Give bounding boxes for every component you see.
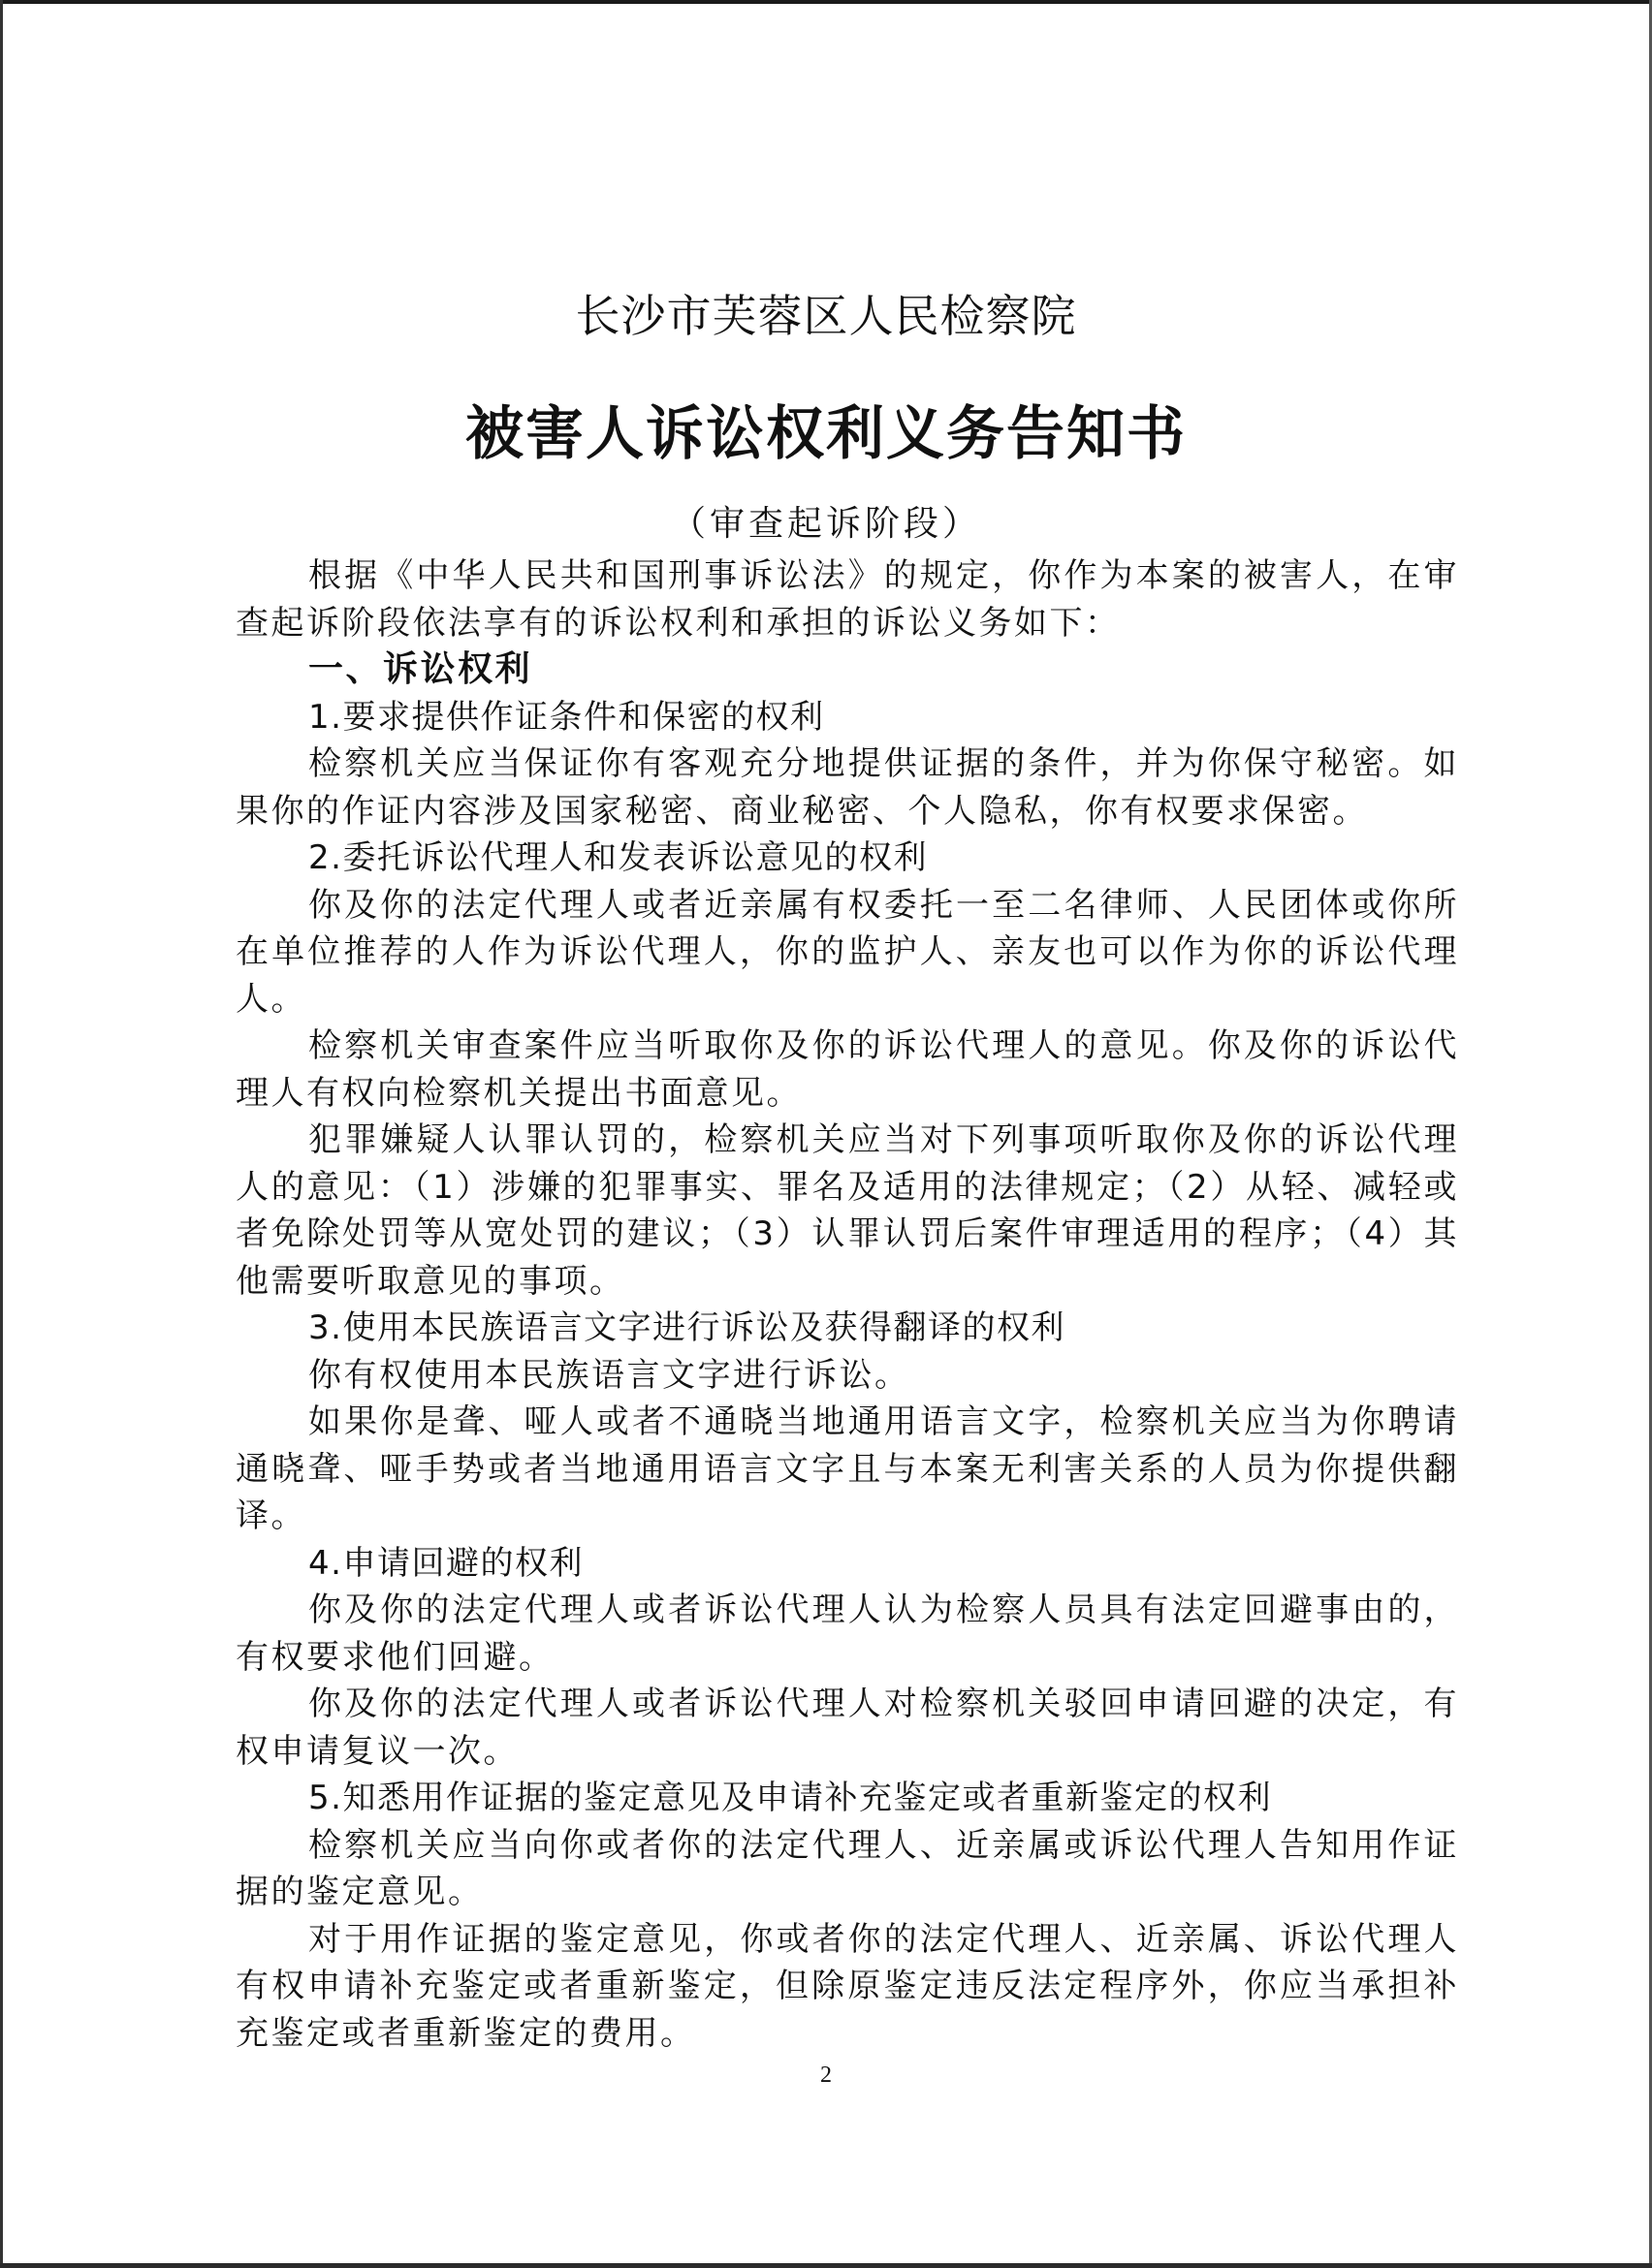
paragraph: 检察机关应当向你或者你的法定代理人、近亲属或诉讼代理人告知用作证据的鉴定意见。 xyxy=(236,1822,1459,1916)
paragraph: 你及你的法定代理人或者诉讼代理人认为检察人员具有法定回避事由的，有权要求他们回避… xyxy=(236,1587,1459,1681)
paragraph: 犯罪嫌疑人认罪认罚的，检察机关应当对下列事项听取你及你的诉讼代理人的意见：（1）… xyxy=(236,1117,1459,1305)
item-heading: 4.申请回避的权利 xyxy=(236,1540,1459,1588)
paragraph: 你及你的法定代理人或者诉讼代理人对检察机关驳回申请回避的决定，有权申请复议一次。 xyxy=(236,1681,1459,1775)
document-body: 根据《中华人民共和国刑事诉讼法》的规定，你作为本案的被害人，在审查起诉阶段依法享… xyxy=(236,552,1459,2057)
document-stage: （审查起诉阶段） xyxy=(0,496,1652,546)
item-heading: 2.委托诉讼代理人和发表诉讼意见的权利 xyxy=(236,835,1459,882)
paragraph: 你及你的法定代理人或者近亲属有权委托一至二名律师、人民团体或你所在单位推荐的人作… xyxy=(236,882,1459,1024)
section-heading: 一、诉讼权利 xyxy=(236,646,1459,694)
item-heading: 1.要求提供作证条件和保密的权利 xyxy=(236,694,1459,741)
scan-edge-bottom xyxy=(0,2263,1652,2268)
paragraph: 检察机关审查案件应当听取你及你的诉讼代理人的意见。你及你的诉讼代理人有权向检察机… xyxy=(236,1023,1459,1117)
intro-paragraph: 根据《中华人民共和国刑事诉讼法》的规定，你作为本案的被害人，在审查起诉阶段依法享… xyxy=(236,552,1459,646)
item-heading: 5.知悉用作证据的鉴定意见及申请补充鉴定或者重新鉴定的权利 xyxy=(236,1775,1459,1822)
paragraph: 你有权使用本民族语言文字进行诉讼。 xyxy=(236,1352,1459,1400)
organization-name: 长沙市芙蓉区人民检察院 xyxy=(0,281,1652,345)
paragraph: 对于用作证据的鉴定意见，你或者你的法定代理人、近亲属、诉讼代理人有权申请补充鉴定… xyxy=(236,1916,1459,2058)
scan-edge-top xyxy=(0,0,1652,4)
paragraph: 如果你是聋、哑人或者不通晓当地通用语言文字，检察机关应当为你聘请通晓聋、哑手势或… xyxy=(236,1399,1459,1540)
item-heading: 3.使用本民族语言文字进行诉讼及获得翻译的权利 xyxy=(236,1305,1459,1352)
paragraph: 检察机关应当保证你有客观充分地提供证据的条件，并为你保守秘密。如果你的作证内容涉… xyxy=(236,740,1459,835)
document-title: 被害人诉讼权利义务告知书 xyxy=(0,388,1652,471)
page-number: 2 xyxy=(0,2063,1652,2089)
